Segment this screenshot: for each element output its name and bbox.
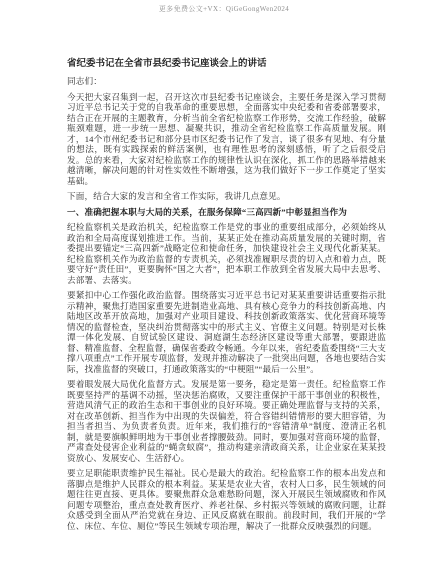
document-content: 省纪委书记在全省市县纪委书记座谈会上的讲话 同志们： 今天把大家召集到一起，召开… xyxy=(67,58,386,536)
paragraph: 今天把大家召集到一起，召开这次市县纪委书记座谈会，主要任务是深入学习贯彻习近平总… xyxy=(67,92,386,187)
paragraph: 要立足职能职责维护民生福祉。民心是最大的政治。纪检监察工作的根本出发点和落脚点是… xyxy=(67,468,386,531)
document-body: 今天把大家召集到一起，召开这次市县纪委书记座谈会，主要任务是深入学习贯彻习近平总… xyxy=(67,92,386,532)
section-heading: 一、准确把握本职与大局的关系，在服务保障“三高四新”中彰显担当作为 xyxy=(67,207,386,218)
paragraph: 要紧扣中心工作强化政治监督。围绕落实习近平总书记对某某重要讲话重要指示批示精神，… xyxy=(67,290,386,374)
document-page: 更多免费公文+VX：QiGeGongWen2024 省纪委书记在全省市县纪委书记… xyxy=(0,0,448,580)
paragraph: 下面，结合大家的发言和全省工作实际，我讲几点意见。 xyxy=(67,191,386,202)
paragraph: 要着眼发展大局优化监督方式。发展是第一要务，稳定是第一责任。纪检监察工作既要坚持… xyxy=(67,379,386,463)
salutation: 同志们： xyxy=(67,76,386,87)
watermark-text: 更多免费公文+VX：QiGeGongWen2024 xyxy=(0,5,448,14)
document-title: 省纪委书记在全省市县纪委书记座谈会上的讲话 xyxy=(67,58,386,71)
paragraph: 纪检监察机关是政治机关，纪检监察工作是党的事业的重要组成部分，必须始终从政治和全… xyxy=(67,222,386,285)
